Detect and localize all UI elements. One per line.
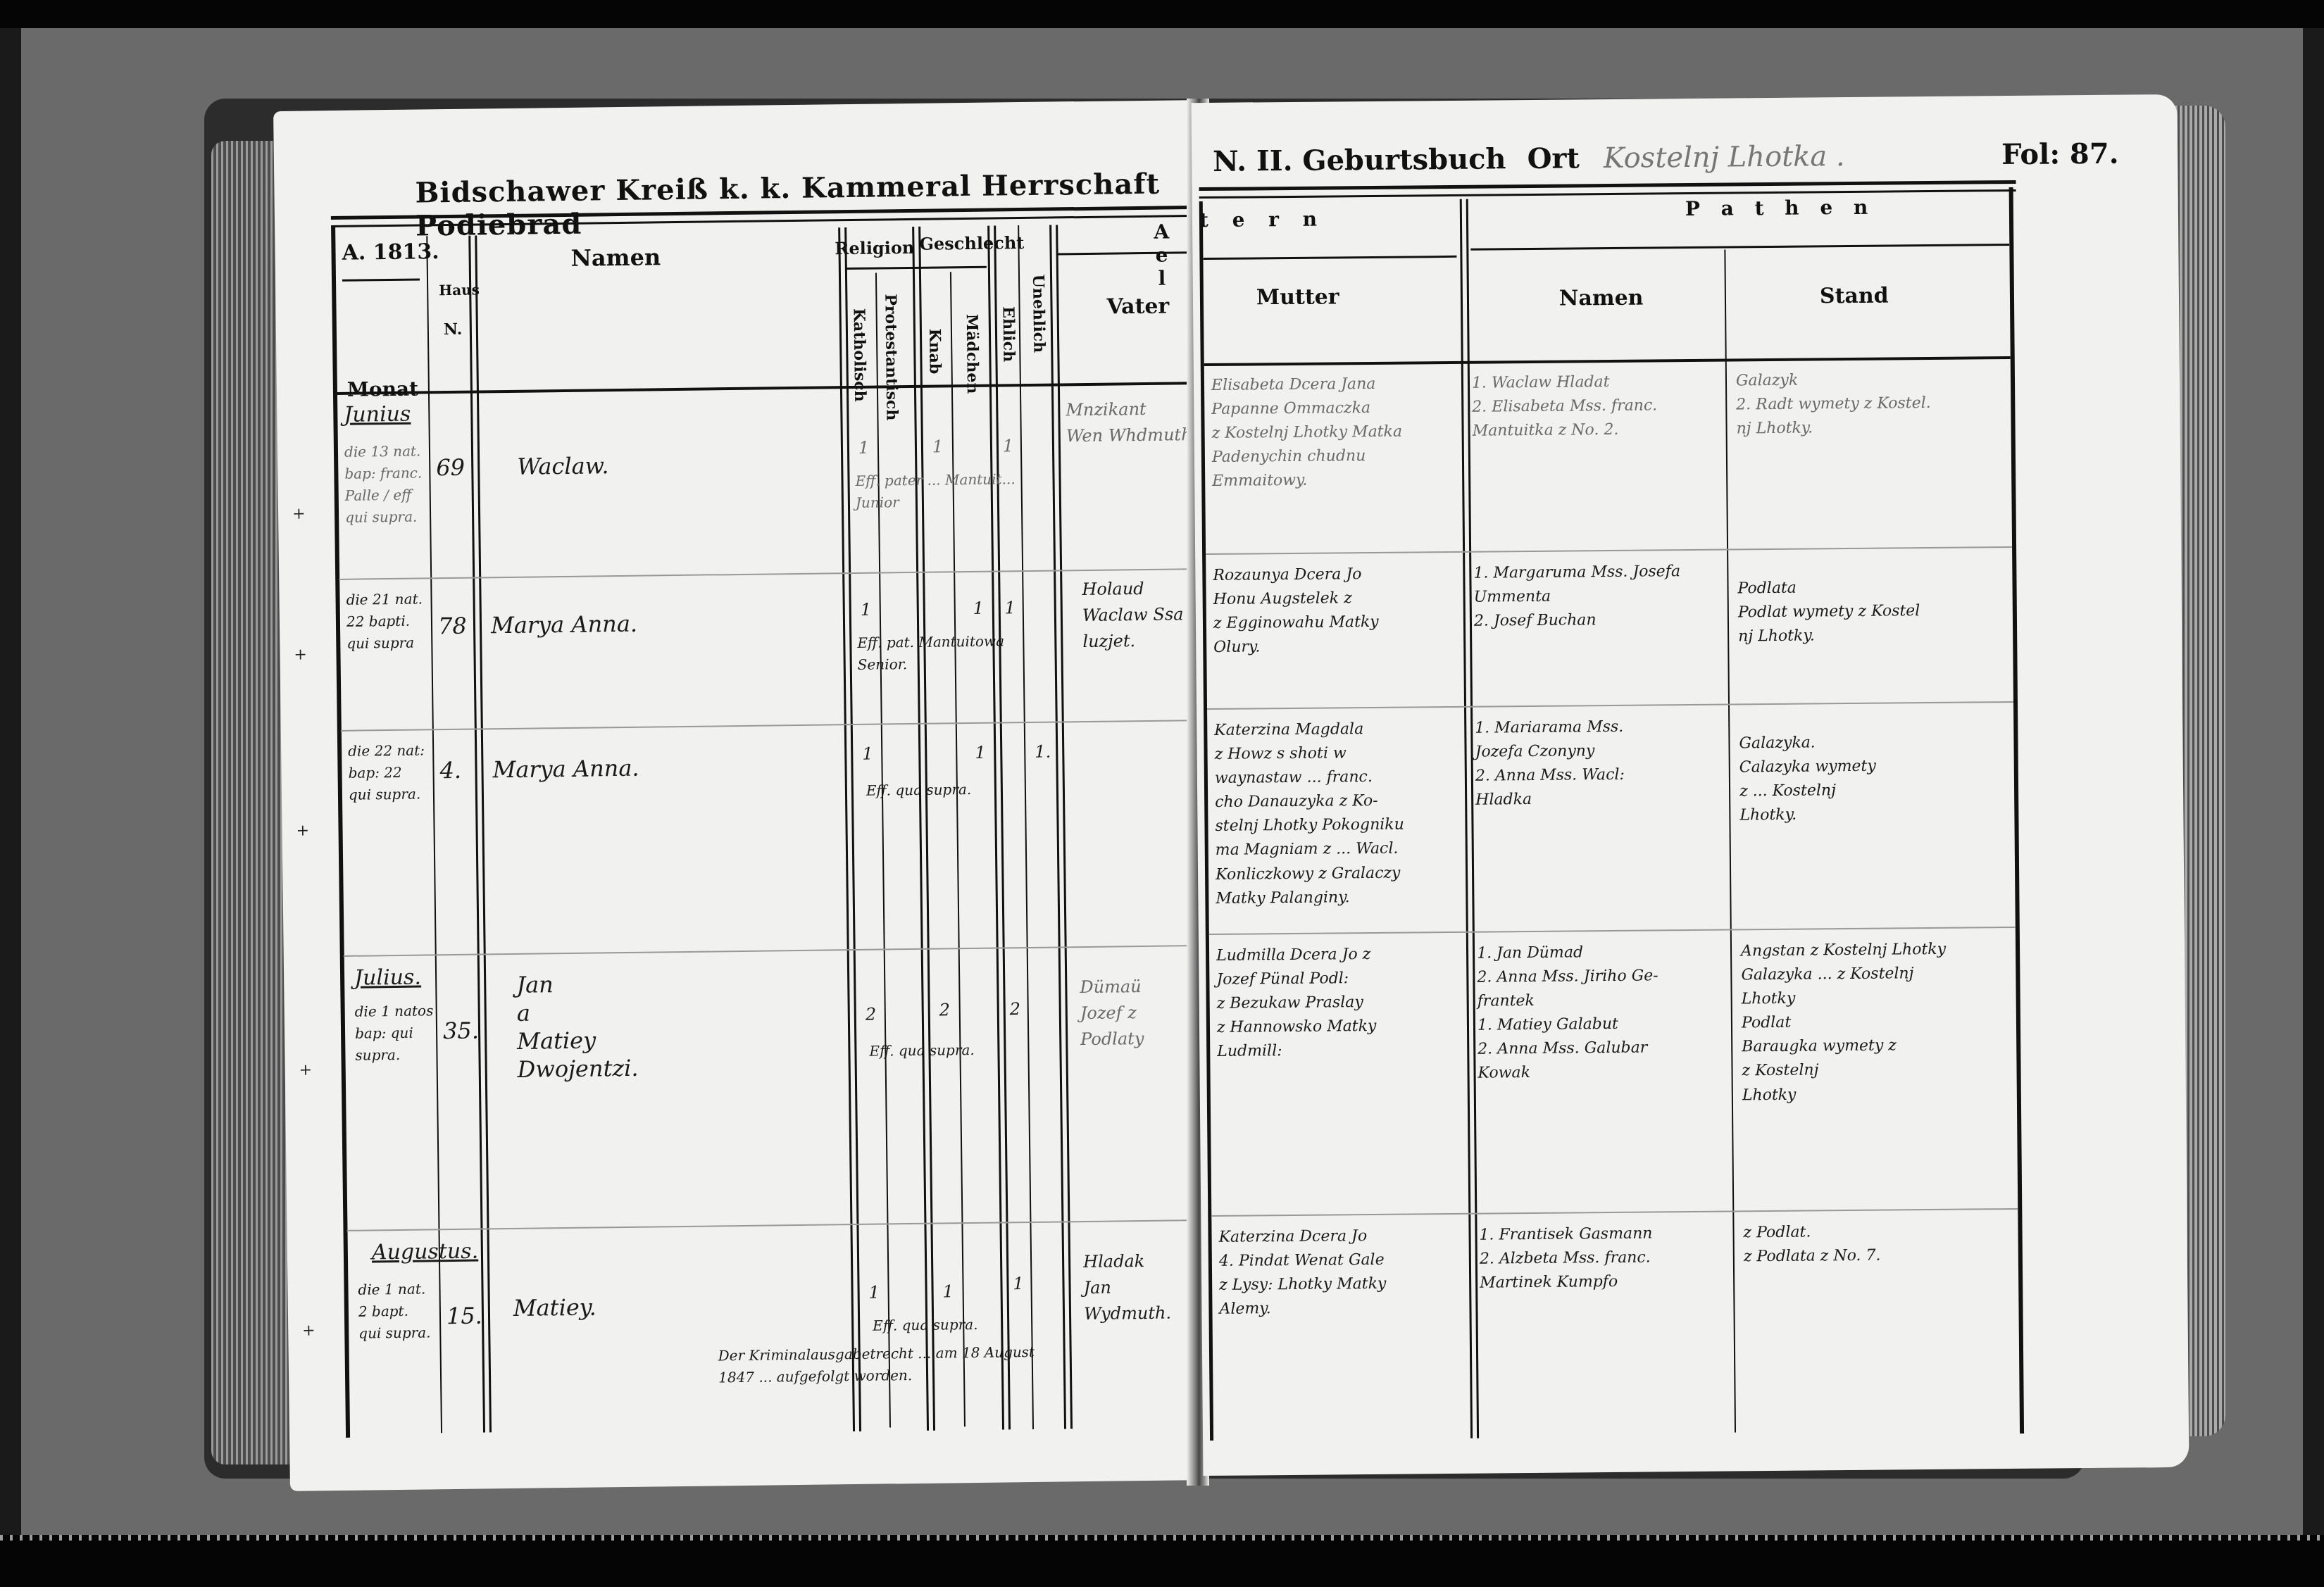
entry-date: die 1 nat. 2 bapt. qui supra. [358,1278,430,1344]
entry-pathen-namen: 1. Frantisek Gasmann 2. Alzbeta Mss. fra… [1479,1222,1653,1295]
entry-date: die 21 nat. 22 bapti. qui supra [346,588,423,654]
entry-knab: 1 [932,434,944,460]
col-maedchen: Mädchen [963,314,982,394]
entry-vater: Holaud Waclaw Ssa luzjet. [1082,575,1184,655]
later-annotation: Der Kriminalausgabetrecht ... am 18 Augu… [718,1341,1035,1388]
col-vater: Vater [1106,294,1169,319]
entry-maedchen: 1 [975,740,986,766]
entry-mutter: Katerzina Magdala z Howz s shoti w wayna… [1214,717,1405,911]
entry-name: Marya Anna. [492,751,639,788]
col-pathen-namen: Namen [1559,286,1644,311]
register-title: N. II. Geburtsbuch [1213,142,1506,178]
col-sep-geschlecht-end [987,225,1011,1429]
row-separator [346,1219,1199,1231]
entry-name: Matiey. [513,1291,596,1326]
col-sep-religion [875,273,891,1428]
row-separator [344,945,1196,957]
entry-maedchen: 1 [973,596,985,622]
entry-notes: Eff. qua supra. [866,779,972,802]
col-haus-n: N. [444,320,463,339]
entry-house: 4. [439,753,461,789]
left-page-header: Bidschawer Kreiß k. k. Kammeral Herrscha… [415,167,1190,242]
entry-date: die 1 natos bap: qui supra. [355,1000,435,1066]
row-separator [341,720,1193,732]
entry-katholisch: 1 [858,435,870,461]
entry-vater: Dümaü Jozef z Podlaty [1080,973,1200,1053]
entry-katholisch: 1 [868,1280,880,1306]
col-namen: Namen [570,244,661,272]
entry-katholisch: 1 [862,741,873,767]
header-bottom-rule [337,382,1189,395]
entry-pathen-namen: 1. Waclaw Hladat 2. Elisabeta Mss. franc… [1472,370,1658,444]
entry-name: Jan a Matiey Dwojentzi. [516,970,639,1084]
ort-value: Kostelnj Lhotka . [1604,140,1845,175]
entry-house: 78 [438,609,467,644]
row-separator [1206,546,2012,555]
right-page-header: N. II. Geburtsbuch Ort Kostelnj Lhotka .… [1213,139,1859,178]
right-page: N. II. Geburtsbuch Ort Kostelnj Lhotka .… [1192,94,2189,1476]
film-perforation [0,1535,2324,1541]
entry-date: die 13 nat. bap: franc. Palle / eff qui … [344,440,423,528]
entry-stand: Galazyk 2. Radt wymety z Kostel. nj Lhot… [1736,368,1931,441]
ort-label: Ort [1527,142,1580,175]
col-stand: Stand [1820,284,1889,309]
col-unehelich: Unehlich [1029,275,1048,353]
entry-date: die 22 nat: bap: 22 qui supra. [348,739,425,805]
col-sep-religion-end [912,227,935,1431]
entry-stand: Angstan z Kostelnj Lhotky Galazyka ... z… [1741,938,1947,1108]
entry-mutter: Ludmilla Dcera Jo z Jozef Pünal Podl: z … [1216,943,1377,1064]
row-separator [1211,1208,2018,1217]
col-sep-geschlecht [950,272,966,1426]
col-sep-namen [838,227,861,1431]
entry-mutter: Katerzina Dcera Jo 4. Pindat Wenat Gale … [1218,1224,1386,1322]
entry-vater: Mnzikant Wen Whdmuth [1066,396,1192,450]
margin-cross-mark: + [299,1061,313,1079]
entry-mutter: Elisabeta Dcera Jana Papanne Ommaczka z … [1211,372,1403,494]
entry-knab: 1 [942,1279,954,1305]
entry-house: 69 [436,451,465,486]
col-mutter: Mutter [1256,284,1339,310]
entry-ehelich: 2 [1010,996,1021,1022]
entry-ehelich: 1 [1005,595,1016,621]
entry-stand: Galazyka. Calazyka wymety z ... Kostelnj… [1739,731,1876,828]
header-rule [1199,180,2016,199]
entry-house: 35. [443,1014,479,1049]
margin-cross-mark: + [292,506,306,523]
entry-name: Marya Anna. [491,607,638,644]
folio-number: Fol: 87. [2001,137,2119,171]
entry-katholisch: 2 [866,1002,877,1028]
col-aeltern-right: t e r n [1199,207,1325,232]
entry-notes: Eff. qua supra. [869,1039,975,1062]
entry-notes: Eff. pat. Mantuitowa Senior. [857,630,1004,676]
left-page: Bidschawer Kreiß k. k. Kammeral Herrscha… [273,100,1206,1491]
entry-ehelich: 1 [1003,433,1014,459]
entry-notes: Eff. qua supra. [873,1314,978,1337]
year-underline [342,278,420,281]
scan-border-top [0,0,2324,28]
col-protestantisch: Protestantisch [881,294,901,420]
margin-cross-mark: + [294,646,307,663]
col-monat: Monat [347,377,419,401]
col-sep-pathen [1724,250,1736,1433]
col-pathen: P a t h e n [1685,196,1875,220]
col-ehelich: Ehlich [999,306,1018,362]
month-heading: Junius [344,399,411,432]
row-separator [339,568,1191,580]
entry-pathen-namen: 1. Mariarama Mss. Jozefa Czonyny 2. Anna… [1475,715,1625,813]
margin-cross-mark: + [296,822,309,839]
entry-vater: Hladak Jan Wydmuth. [1083,1248,1204,1328]
aeltern-rule [1203,256,1456,260]
header-bottom-rule [1204,356,2011,366]
row-separator [1207,701,2013,710]
entry-katholisch: 1 [861,597,872,623]
entry-ehelich: 1. [1035,739,1051,765]
year-label: A. 1813. [342,239,439,265]
margin-cross-mark: + [302,1322,316,1339]
entry-knab: 2 [939,997,951,1023]
entry-name: Waclaw. [517,448,609,484]
entry-stand: Podlata Podlat wymety z Kostel nj Lhotky… [1737,575,1920,649]
entry-mutter: Rozaunya Dcera Jo Honu Augstelek z z Egg… [1213,563,1379,660]
entry-stand: z Podlat. z Podlata z No. 7. [1743,1220,1880,1269]
entry-pathen-namen: 1. Margaruma Mss. Josefa Ummenta 2. Jose… [1473,560,1681,634]
month-heading: Julius. [354,962,421,996]
row-separator [1209,927,2016,935]
entry-house: 15. [446,1299,482,1334]
col-aeltern-left: A e l [1141,220,1191,290]
entry-pathen-namen: 1. Jan Dümad 2. Anna Mss. Jiriho Ge- fra… [1477,940,1659,1086]
col-knab: Knab [925,328,944,374]
entry-ehelich: 1 [1013,1271,1024,1297]
pathen-rule [1470,244,2009,251]
col-geschlecht: Geschlecht [919,232,1024,254]
entry-notes: Eff. pater ... Mantuit... Junior [855,468,1016,514]
col-sep-ehelich [1018,225,1034,1429]
month-heading: Augustus. [372,1236,479,1269]
table-border-right [2009,187,2024,1434]
scan-border-bottom [0,1535,2324,1587]
